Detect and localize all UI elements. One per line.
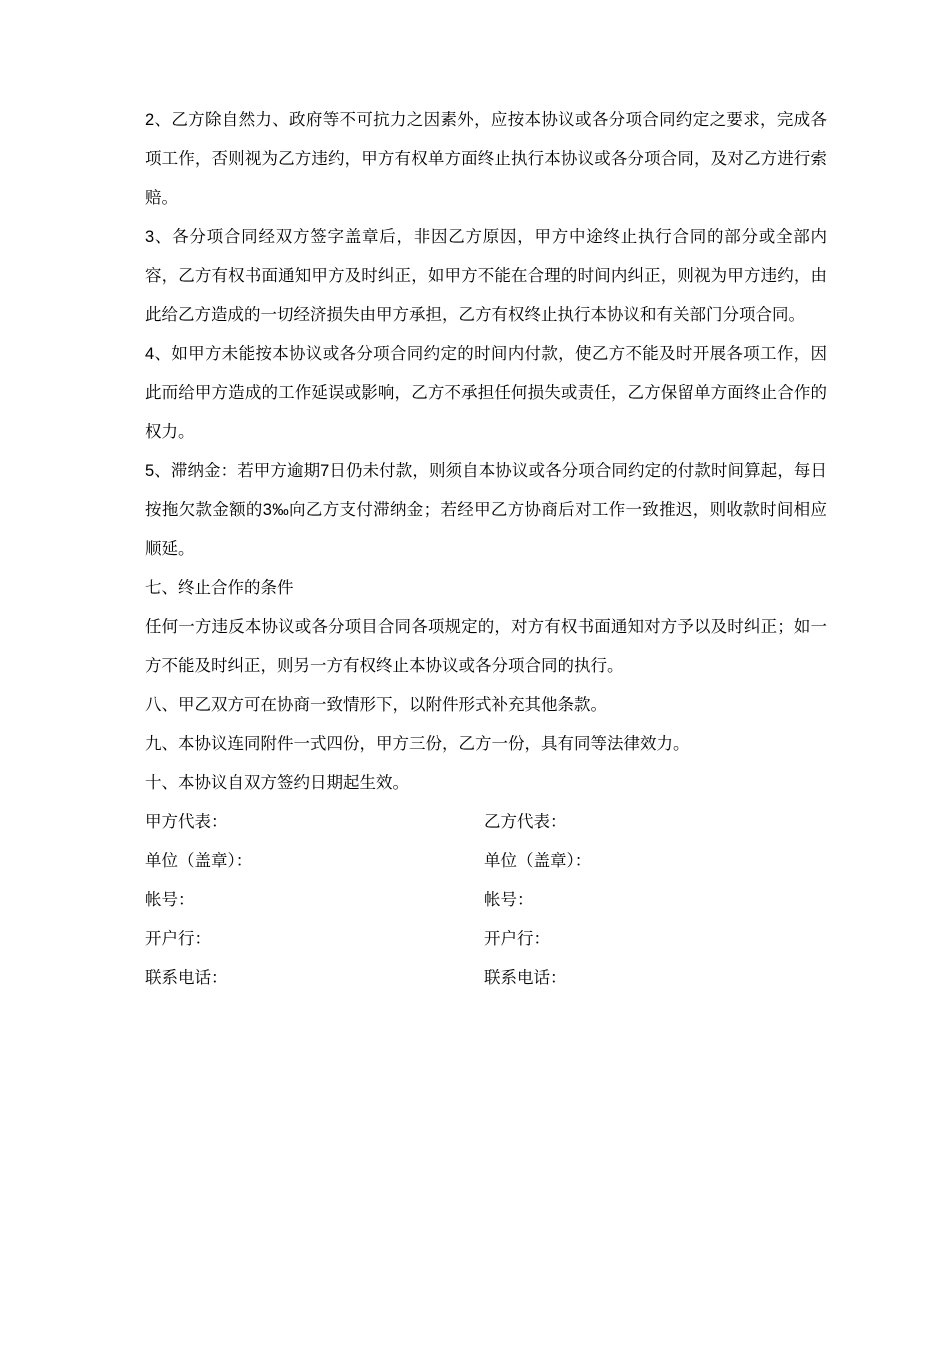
party-a-representative-label: 甲方代表： [145,803,484,842]
signature-row-bank: 开户行： 开户行： [145,920,827,959]
signature-row-account: 帐号： 帐号： [145,881,827,920]
section-nine-paragraph: 九、本协议连同附件一式四份，甲方三份，乙方一份，具有同等法律效力。 [145,725,827,764]
party-a-phone-label: 联系电话： [145,959,484,998]
signature-row-phone: 联系电话： 联系电话： [145,959,827,998]
clause-2-paragraph: 2、乙方除自然力、政府等不可抗力之因素外，应按本协议或各分项合同约定之要求，完成… [145,101,827,218]
party-b-representative-label: 乙方代表： [484,803,827,842]
section-ten-paragraph: 十、本协议自双方签约日期起生效。 [145,764,827,803]
party-a-account-label: 帐号： [145,881,484,920]
party-b-unit-seal-label: 单位（盖章）： [484,842,827,881]
party-b-bank-label: 开户行： [484,920,827,959]
clause-4-paragraph: 4、如甲方未能按本协议或各分项合同约定的时间内付款，使乙方不能及时开展各项工作，… [145,335,827,452]
party-b-phone-label: 联系电话： [484,959,827,998]
section-seven-body: 任何一方违反本协议或各分项目合同各项规定的，对方有权书面通知对方予以及时纠正；如… [145,608,827,686]
party-a-bank-label: 开户行： [145,920,484,959]
signature-row-unit-seal: 单位（盖章）： 单位（盖章）： [145,842,827,881]
section-eight-paragraph: 八、甲乙双方可在协商一致情形下，以附件形式补充其他条款。 [145,686,827,725]
document-content: 2、乙方除自然力、政府等不可抗力之因素外，应按本协议或各分项合同约定之要求，完成… [145,101,827,998]
party-b-account-label: 帐号： [484,881,827,920]
clause-3-paragraph: 3、各分项合同经双方签字盖章后，非因乙方原因，甲方中途终止执行合同的部分或全部内… [145,218,827,335]
signature-row-representative: 甲方代表： 乙方代表： [145,803,827,842]
clause-5-paragraph: 5、滞纳金：若甲方逾期7日仍未付款，则须自本协议或各分项合同约定的付款时间算起，… [145,452,827,569]
contract-document-page: 2、乙方除自然力、政府等不可抗力之因素外，应按本协议或各分项合同约定之要求，完成… [0,0,950,1346]
party-a-unit-seal-label: 单位（盖章）： [145,842,484,881]
section-seven-title: 七、终止合作的条件 [145,569,827,608]
